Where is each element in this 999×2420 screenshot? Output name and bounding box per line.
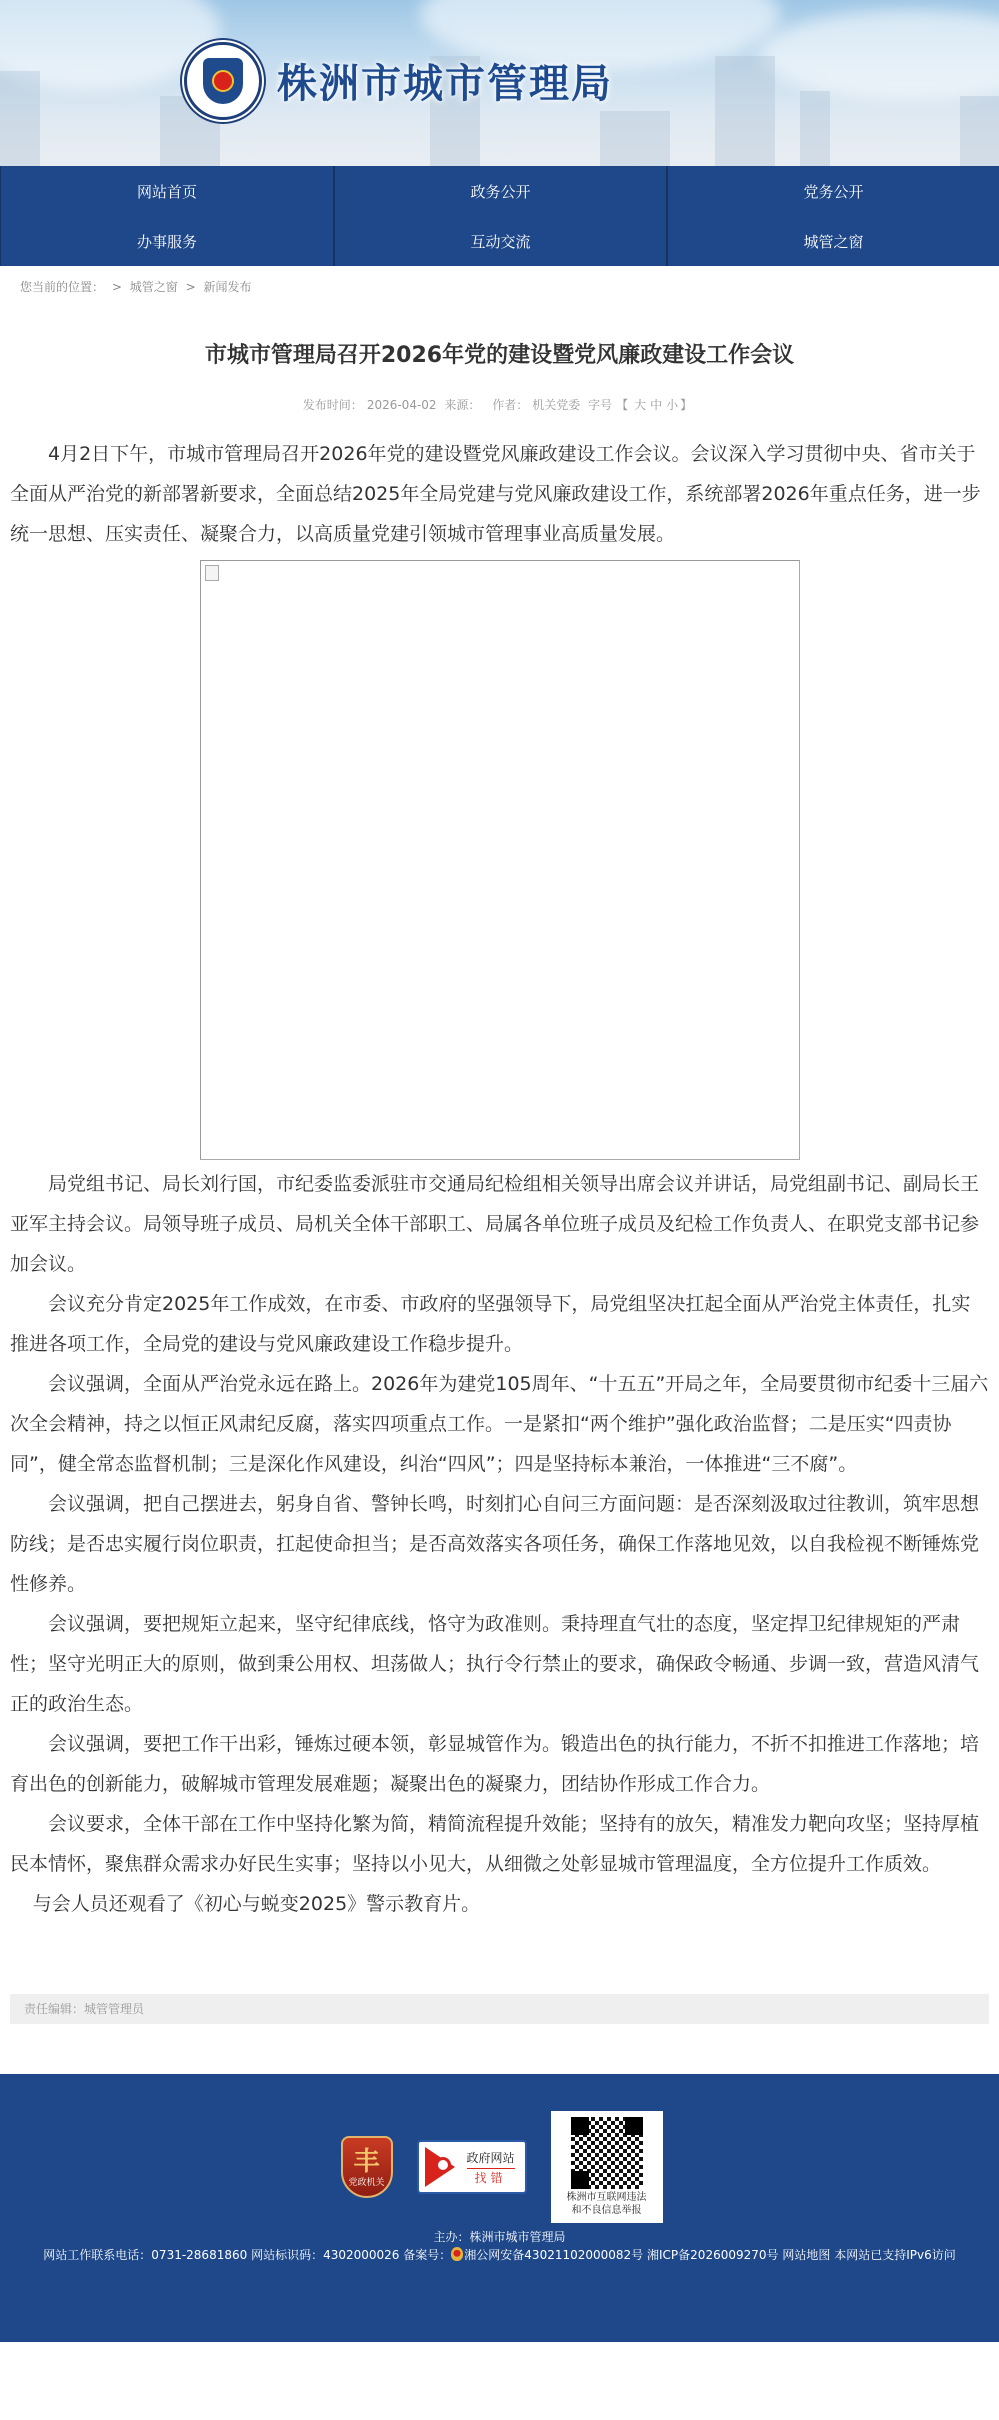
- nav-item-home[interactable]: 网站首页: [0, 166, 333, 216]
- nav-item-services[interactable]: 办事服务: [0, 216, 333, 266]
- footer-info: 主办：株洲市城市管理局 网站工作联系电话：0731-28681860 网站标识码…: [0, 2228, 999, 2264]
- editor-label: 责任编辑：: [24, 2002, 84, 2016]
- footer-contact-line: 网站工作联系电话：0731-28681860 网站标识码：4302000026 …: [0, 2246, 999, 2264]
- qr-caption: 株洲市互联网违法 和不良信息举报: [567, 2191, 647, 2217]
- site-id-label: 网站标识码：: [251, 2248, 323, 2262]
- article-body: 4月2日下午，市城市管理局召开2026年党的建设暨党风廉政建设工作会议。会议深入…: [0, 414, 999, 1924]
- breadcrumb: 您当前的位置： > 城管之窗 > 新闻发布: [0, 266, 999, 298]
- article-paragraph: 4月2日下午，市城市管理局召开2026年党的建设暨党风廉政建设工作会议。会议深入…: [10, 434, 989, 554]
- logo-emblem-icon[interactable]: [184, 42, 262, 120]
- author-value: 机关党委: [532, 398, 580, 412]
- sponsor-label: 主办：: [433, 2230, 469, 2244]
- breadcrumb-separator: >: [112, 280, 122, 294]
- article-paragraph: 会议充分肯定2025年工作成效，在市委、市政府的坚强领导下，局党组坚决扛起全面从…: [10, 1284, 989, 1364]
- footer-sponsor-line: 主办：株洲市城市管理局: [0, 2228, 999, 2246]
- nav-item-interaction[interactable]: 互动交流: [333, 216, 666, 266]
- publish-label: 发布时间：: [303, 398, 363, 412]
- building-decoration: [800, 91, 830, 166]
- breadcrumb-link-urban-window[interactable]: 城管之窗: [130, 280, 178, 294]
- government-site-error-report-badge[interactable]: 政府网站 找错: [417, 2140, 527, 2194]
- party-badge-label: 党政机关: [348, 2175, 384, 2188]
- icp-record-link[interactable]: 湘ICP备2026009270号: [647, 2248, 779, 2262]
- ipv6-notice: 本网站已支持IPv6访问: [834, 2248, 956, 2262]
- bracket-close: 】: [680, 398, 692, 412]
- nav-item-party-affairs[interactable]: 党务公开: [666, 166, 999, 216]
- qr-code-icon: [571, 2117, 643, 2189]
- shield-icon: [203, 58, 243, 104]
- footer-badges: 丰 党政机关 政府网站 找错 株洲市互联网违法 和不良信息举报: [4, 2112, 999, 2222]
- building-decoration: [960, 96, 999, 166]
- header-banner: 株洲市城市管理局: [0, 0, 999, 166]
- building-decoration: [0, 71, 40, 166]
- building-decoration: [715, 56, 775, 166]
- phone-value: 0731-28681860: [151, 2248, 247, 2262]
- magnifier-icon: [435, 2157, 451, 2173]
- cloud-decoration: [760, 10, 999, 100]
- article-paragraph: 会议强调，把自己摆进去，躬身自省、警钟长鸣，时刻扪心自问三方面问题：是否深刻汲取…: [10, 1484, 989, 1604]
- broken-image-icon: [205, 565, 219, 581]
- nav-item-urban-window[interactable]: 城管之窗: [666, 216, 999, 266]
- site-title[interactable]: 株洲市城市管理局: [277, 52, 613, 109]
- font-size-medium-button[interactable]: 中: [650, 398, 662, 412]
- font-size-large-button[interactable]: 大: [634, 398, 646, 412]
- breadcrumb-prefix: 您当前的位置：: [20, 280, 104, 294]
- article-paragraph: 会议强调，全面从严治党永远在路上。2026年为建党105周年、“十五五”开局之年…: [10, 1364, 989, 1484]
- source-label: 来源：: [444, 398, 480, 412]
- responsible-editor-bar: 责任编辑：城管管理员: [10, 1994, 989, 2024]
- article-paragraph: 会议强调，要把规矩立起来，坚守纪律底线，恪守为政准则。秉持理直气壮的态度，坚定捍…: [10, 1604, 989, 1724]
- article-meta: 发布时间：2026-04-02 来源： 作者：机关党委 字号【大中小】: [0, 396, 999, 414]
- font-size-small-button[interactable]: 小: [666, 398, 678, 412]
- site-id-value: 4302000026: [323, 2248, 399, 2262]
- error-badge-line2: 找错: [467, 2169, 515, 2186]
- error-badge-line1: 政府网站: [467, 2149, 515, 2169]
- building-decoration: [600, 111, 670, 166]
- article-image-placeholder: [200, 560, 800, 1160]
- police-badge-icon: [451, 2247, 463, 2261]
- party-government-badge[interactable]: 丰 党政机关: [341, 2136, 393, 2198]
- error-badge-text: 政府网站 找错: [467, 2149, 515, 2186]
- article-paragraph: 会议强调，要把工作干出彩，锤炼过硬本领，彰显城管作为。锻造出色的执行能力，不折不…: [10, 1724, 989, 1804]
- sponsor-value: 株洲市城市管理局: [470, 2230, 566, 2244]
- breadcrumb-link-news[interactable]: 新闻发布: [203, 280, 251, 294]
- phone-label: 网站工作联系电话：: [43, 2248, 151, 2262]
- article-title: 市城市管理局召开2026年党的建设暨党风廉政建设工作会议: [0, 338, 999, 368]
- record-label: 备案号：: [403, 2248, 451, 2262]
- article-paragraph: 会议要求，全体干部在工作中坚持化繁为简，精简流程提升效能；坚持有的放矢，精准发力…: [10, 1804, 989, 1884]
- main-nav: 网站首页 政务公开 党务公开 办事服务 互动交流 城管之窗: [0, 166, 999, 266]
- editor-name: 城管管理员: [84, 2002, 144, 2016]
- sitemap-link[interactable]: 网站地图: [782, 2248, 830, 2262]
- qr-caption-line2: 和不良信息举报: [567, 2204, 647, 2217]
- nav-item-government-affairs[interactable]: 政务公开: [333, 166, 666, 216]
- bracket-open: 【: [616, 398, 628, 412]
- article-paragraph: 与会人员还观看了《初心与蜕变2025》警示教育片。: [10, 1884, 989, 1924]
- police-record-link[interactable]: 湘公网安备43021102000082号: [464, 2248, 643, 2262]
- footer: 丰 党政机关 政府网站 找错 株洲市互联网违法 和不良信息举报 主办：株洲市城市…: [0, 2074, 999, 2342]
- author-label: 作者：: [492, 398, 528, 412]
- breadcrumb-separator: >: [186, 280, 196, 294]
- qr-caption-line1: 株洲市互联网违法: [567, 2191, 647, 2204]
- party-emblem-icon: 丰: [353, 2149, 379, 2175]
- font-size-label: 字号: [588, 398, 612, 412]
- illegal-info-report-qr-badge[interactable]: 株洲市互联网违法 和不良信息举报: [551, 2111, 663, 2223]
- national-emblem-icon: [212, 70, 234, 92]
- publish-date: 2026-04-02: [367, 398, 437, 412]
- article-paragraph: 局党组书记、局长刘行国，市纪委监委派驻市交通局纪检组相关领导出席会议并讲话，局党…: [10, 1164, 989, 1284]
